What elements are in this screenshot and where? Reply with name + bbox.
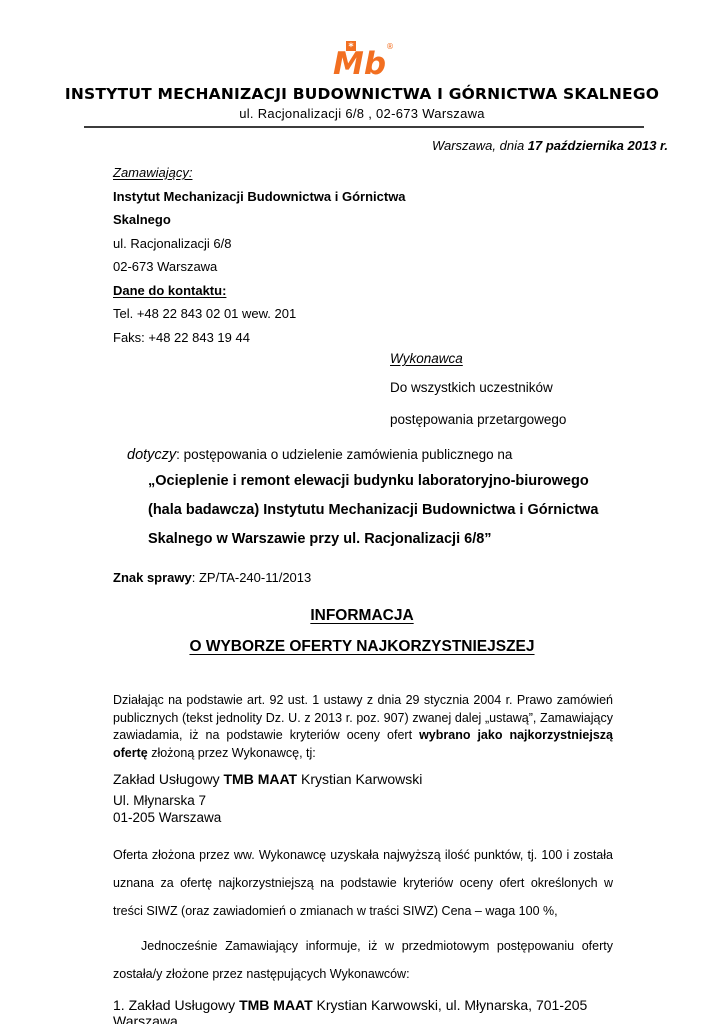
section-zamawiajacy: Zamawiający: Instytut Mechanizacji Budow… — [113, 161, 724, 349]
doc-heading-line1: INFORMACJA — [0, 607, 724, 625]
case-number-line: Znak sprawy: ZP/TA-240-11/2013 — [113, 570, 724, 585]
paragraph-legal-basis: Działając na podstawie art. 92 ust. 1 us… — [113, 692, 613, 762]
imbigs-logo-icon: * Mb ® — [331, 40, 393, 78]
winner-name-line: Zakład Usługowy TMB MAAT Krystian Karwow… — [113, 771, 613, 787]
item1-pre: 1. Zakład Usługowy — [113, 997, 239, 1013]
winner-city: 01-205 Warszawa — [113, 809, 613, 826]
zamawiajacy-name-line2: Skalnego — [113, 208, 724, 232]
document-body: Działając na podstawie art. 92 ust. 1 us… — [113, 692, 613, 1024]
subject-line-2: (hala badawcza) Instytutu Mechanizacji B… — [148, 496, 668, 525]
contact-label: Dane do kontaktu: — [113, 279, 724, 303]
doc-heading-line1-text: INFORMACJA — [310, 607, 413, 624]
subject-line-3: Skalnego w Warszawie przy ul. Racjonaliz… — [148, 525, 668, 554]
paragraph-score: Oferta złożona przez ww. Wykonawcę uzysk… — [113, 841, 613, 925]
contact-fax: Faks: +48 22 843 19 44 — [113, 326, 724, 350]
winner-street: Ul. Młynarska 7 — [113, 792, 613, 809]
dotyczy-label: dotyczy — [127, 447, 176, 463]
org-title: INSTYTUT MECHANIZACJI BUDOWNICTWA I GÓRN… — [0, 85, 724, 103]
winner-post: Krystian Karwowski — [297, 771, 422, 787]
winner-address: Ul. Młynarska 7 01-205 Warszawa — [113, 792, 613, 826]
offer-list-item-1: 1. Zakład Usługowy TMB MAAT Krystian Kar… — [113, 997, 613, 1024]
winner-company-bold: TMB MAAT — [224, 771, 298, 787]
org-address: ul. Racjonalizacji 6/8 , 02-673 Warszawa — [0, 106, 724, 121]
contact-tel: Tel. +48 22 843 02 01 wew. 201 — [113, 302, 724, 326]
section-dotyczy: dotyczy: postępowania o udzielenie zamów… — [127, 447, 668, 554]
paragraph-offers-info: Jednocześnie Zamawiający informuje, iż w… — [113, 932, 613, 988]
zamawiajacy-city: 02-673 Warszawa — [113, 255, 724, 279]
logo-text: Mb — [333, 46, 386, 78]
date-prefix: Warszawa, dnia — [432, 138, 528, 153]
dotyczy-intro-line: dotyczy: postępowania o udzielenie zamów… — [127, 447, 668, 463]
section-wykonawca: Wykonawca Do wszystkich uczestników post… — [390, 351, 724, 427]
wykonawca-line2: postępowania przetargowego — [390, 412, 724, 427]
dotyczy-intro: : postępowania o udzielenie zamówienia p… — [176, 447, 512, 462]
case-number-value: : ZP/TA-240-11/2013 — [192, 570, 311, 585]
date-line: Warszawa, dnia 17 października 2013 r. — [0, 138, 668, 153]
case-number-label: Znak sprawy — [113, 570, 192, 585]
subject-line-1: „Ocieplenie i remont elewacji budynku la… — [148, 467, 668, 496]
date-value: 17 października 2013 r. — [528, 138, 668, 153]
letterhead: * Mb ® INSTYTUT MECHANIZACJI BUDOWNICTWA… — [0, 0, 724, 128]
document-page: * Mb ® INSTYTUT MECHANIZACJI BUDOWNICTWA… — [0, 0, 724, 1024]
doc-heading-line2-text: O WYBORZE OFERTY NAJKORZYSTNIEJSZEJ — [189, 638, 534, 655]
tender-subject: „Ocieplenie i remont elewacji budynku la… — [148, 467, 668, 554]
item1-company-bold: TMB MAAT — [239, 997, 313, 1013]
zamawiajacy-label: Zamawiający: — [113, 161, 724, 185]
header-divider — [84, 126, 644, 128]
zamawiajacy-name-line1: Instytut Mechanizacji Budownictwa i Górn… — [113, 185, 724, 209]
logo-registered-mark: ® — [386, 42, 393, 51]
wykonawca-label: Wykonawca — [390, 351, 724, 366]
doc-heading-line2: O WYBORZE OFERTY NAJKORZYSTNIEJSZEJ — [0, 638, 724, 656]
zamawiajacy-street: ul. Racjonalizacji 6/8 — [113, 232, 724, 256]
para1-text-b: złożoną przez Wykonawcę, tj: — [148, 746, 316, 760]
wykonawca-line1: Do wszystkich uczestników — [390, 380, 724, 395]
winner-pre: Zakład Usługowy — [113, 771, 224, 787]
